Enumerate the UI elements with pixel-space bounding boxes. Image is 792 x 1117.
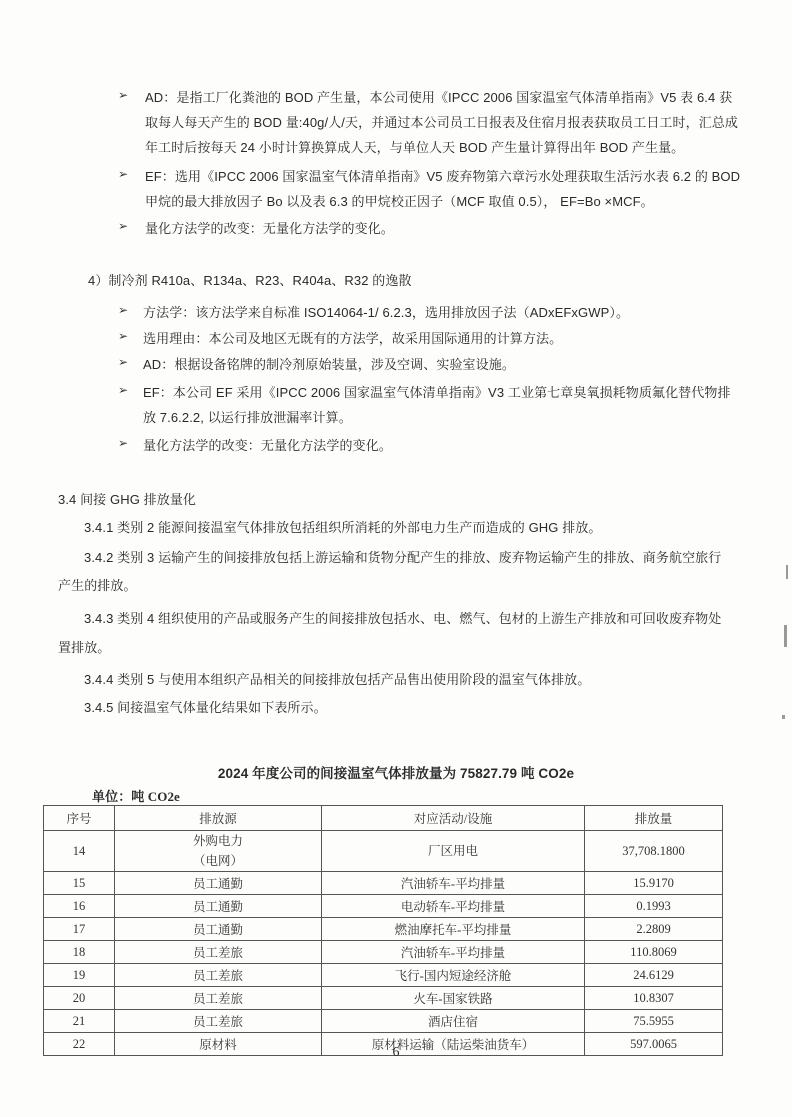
- cell-activity: 酒店住宿: [322, 1010, 585, 1033]
- header-activity: 对应活动/设施: [322, 806, 585, 831]
- arrow-bullet-icon: ➢: [118, 355, 128, 369]
- table-row: 21 员工差旅 酒店住宿 75.5955: [44, 1010, 723, 1033]
- table-row: 16 员工通勤 电动轿车-平均排量 0.1993: [44, 895, 723, 918]
- table-row: 15 员工通勤 汽油轿车-平均排量 15.9170: [44, 872, 723, 895]
- paragraph-3-4-5: 3.4.5 间接温室气体量化结果如下表所示。: [84, 697, 327, 716]
- page-number: 6: [0, 1045, 792, 1061]
- cell-activity: 厂区用电: [322, 831, 585, 872]
- cell-amount: 75.5955: [585, 1010, 723, 1033]
- table-row: 20 员工差旅 火车-国家铁路 10.8307: [44, 987, 723, 1010]
- scan-artifact: [786, 565, 788, 579]
- cell-amount: 10.8307: [585, 987, 723, 1010]
- text-line: 方法学：该方法学来自标准 ISO14064-1/ 6.2.3，选用排放因子法（A…: [143, 302, 629, 321]
- cell-amount: 2.2809: [585, 918, 723, 941]
- cell-activity: 电动轿车-平均排量: [322, 895, 585, 918]
- arrow-bullet-icon: ➢: [118, 88, 128, 102]
- cell-no: 14: [44, 831, 115, 872]
- cell-activity: 燃油摩托车-平均排量: [322, 918, 585, 941]
- text-line: AD：是指工厂化粪池的 BOD 产生量，本公司使用《IPCC 2006 国家温室…: [145, 87, 732, 106]
- arrow-bullet-icon: ➢: [118, 167, 128, 181]
- table-row: 19 员工差旅 飞行-国内短途经济舱 24.6129: [44, 964, 723, 987]
- table-row: 17 员工通勤 燃油摩托车-平均排量 2.2809: [44, 918, 723, 941]
- paragraph-3-4-2-cont: 产生的排放。: [58, 575, 137, 594]
- text-line: 选用理由：本公司及地区无既有的方法学，故采用国际通用的计算方法。: [143, 328, 562, 347]
- cell-source: 员工差旅: [115, 941, 322, 964]
- header-amount: 排放量: [585, 806, 723, 831]
- paragraph-3-4-3: 3.4.3 类别 4 组织使用的产品或服务产生的间接排放包括水、电、燃气、包材的…: [84, 608, 721, 627]
- arrow-bullet-icon: ➢: [118, 329, 128, 343]
- cell-activity: 飞行-国内短途经济舱: [322, 964, 585, 987]
- scan-artifact: [782, 715, 785, 719]
- cell-source: 外购电力 （电网）: [115, 831, 322, 872]
- paragraph-3-4-1: 3.4.1 类别 2 能源间接温室气体排放包括组织所消耗的外部电力生产而造成的 …: [84, 517, 602, 536]
- cell-source: 员工差旅: [115, 1010, 322, 1033]
- text-line: EF：选用《IPCC 2006 国家温室气体清单指南》V5 废弃物第六章污水处理…: [145, 166, 740, 185]
- paragraph-3-4-3-cont: 置排放。: [58, 637, 110, 656]
- text-line: 量化方法学的改变：无量化方法学的变化。: [143, 435, 392, 454]
- cell-activity: 火车-国家铁路: [322, 987, 585, 1010]
- cell-source-sub: （电网）: [115, 851, 321, 871]
- text-line: AD：根据设备铭牌的制冷剂原始装量，涉及空调、实验室设施。: [143, 354, 515, 373]
- cell-no: 15: [44, 872, 115, 895]
- scan-artifact: [784, 625, 787, 647]
- cell-amount: 24.6129: [585, 964, 723, 987]
- text-line: 年工时后按每天 24 小时计算换算成人天，与单位人天 BOD 产生量计算得出年 …: [145, 137, 684, 156]
- cell-amount: 15.9170: [585, 872, 723, 895]
- cell-source-main: 外购电力: [115, 831, 321, 851]
- text-line: 取每人每天产生的 BOD 量:40g/人/天，并通过本公司员工日报表及住宿月报表…: [145, 112, 738, 131]
- cell-no: 16: [44, 895, 115, 918]
- header-source: 排放源: [115, 806, 322, 831]
- text-line: 甲烷的最大排放因子 Bo 以及表 6.3 的甲烷校正因子（MCF 取值 0.5）…: [145, 191, 654, 210]
- cell-activity: 汽油轿车-平均排量: [322, 872, 585, 895]
- cell-amount: 110.8069: [585, 941, 723, 964]
- paragraph-3-4-2: 3.4.2 类别 3 运输产生的间接排放包括上游运输和货物分配产生的排放、废弃物…: [84, 547, 721, 566]
- emissions-table: 序号 排放源 对应活动/设施 排放量 14 外购电力 （电网） 厂区用电 37,…: [43, 805, 723, 1056]
- cell-no: 17: [44, 918, 115, 941]
- table-title: 2024 年度公司的间接温室气体排放量为 75827.79 吨 CO2e: [0, 762, 792, 782]
- cell-no: 21: [44, 1010, 115, 1033]
- text-line: 量化方法学的改变：无量化方法学的变化。: [145, 218, 394, 237]
- refrigerant-heading: 4）制冷剂 R410a、R134a、R23、R404a、R32 的逸散: [88, 270, 412, 289]
- cell-no: 20: [44, 987, 115, 1010]
- table-row: 18 员工差旅 汽油轿车-平均排量 110.8069: [44, 941, 723, 964]
- cell-source: 员工通勤: [115, 918, 322, 941]
- cell-source: 员工差旅: [115, 964, 322, 987]
- paragraph-3-4-4: 3.4.4 类别 5 与使用本组织产品相关的间接排放包括产品售出使用阶段的温室气…: [84, 669, 590, 688]
- section-3-4-heading: 3.4 间接 GHG 排放量化: [58, 489, 196, 508]
- cell-no: 19: [44, 964, 115, 987]
- cell-no: 18: [44, 941, 115, 964]
- text-line: EF：本公司 EF 采用《IPCC 2006 国家温室气体清单指南》V3 工业第…: [143, 382, 731, 401]
- cell-amount: 0.1993: [585, 895, 723, 918]
- table-unit: 单位：吨 CO2e: [92, 786, 180, 805]
- arrow-bullet-icon: ➢: [118, 436, 128, 450]
- cell-activity: 汽油轿车-平均排量: [322, 941, 585, 964]
- text-line: 放 7.6.2.2, 以运行排放泄漏率计算。: [143, 407, 352, 426]
- cell-source: 员工通勤: [115, 895, 322, 918]
- table-header-row: 序号 排放源 对应活动/设施 排放量: [44, 806, 723, 831]
- cell-source: 员工差旅: [115, 987, 322, 1010]
- header-no: 序号: [44, 806, 115, 831]
- cell-source: 员工通勤: [115, 872, 322, 895]
- arrow-bullet-icon: ➢: [118, 219, 128, 233]
- cell-amount: 37,708.1800: [585, 831, 723, 872]
- arrow-bullet-icon: ➢: [118, 383, 128, 397]
- arrow-bullet-icon: ➢: [118, 303, 128, 317]
- table-row: 14 外购电力 （电网） 厂区用电 37,708.1800: [44, 831, 723, 872]
